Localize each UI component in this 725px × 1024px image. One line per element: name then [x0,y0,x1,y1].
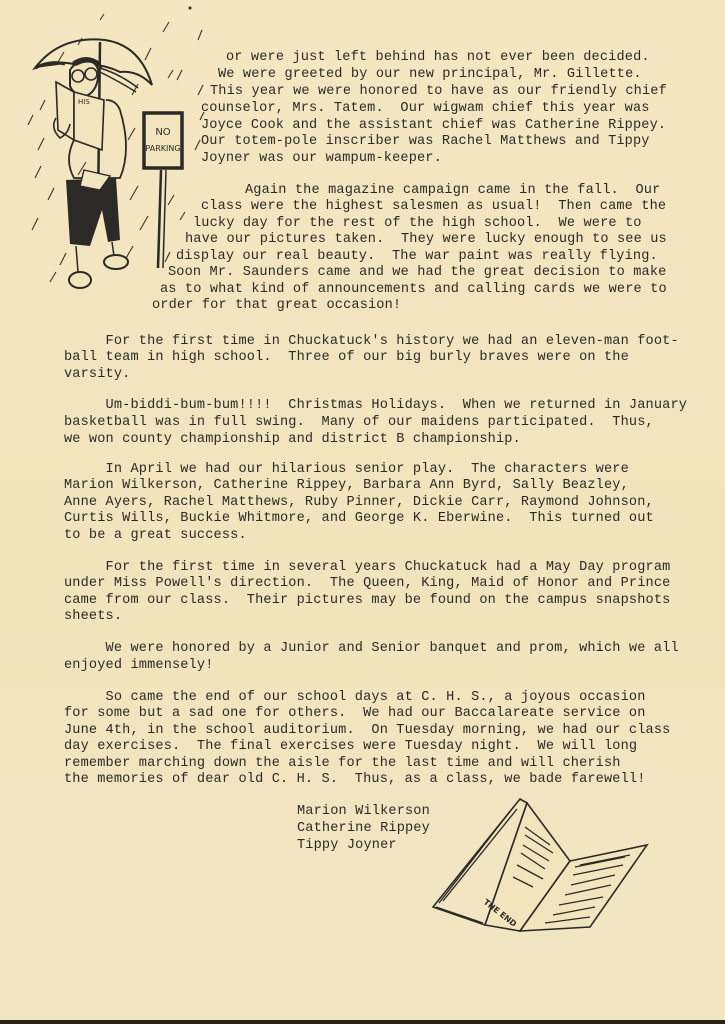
paragraph-line: enjoyed immensely! [64,658,214,675]
intro-line: counselor, Mrs. Tatem. Our wigwam chief … [201,101,650,118]
paragraph-line: In April we had our hilarious senior pla… [64,462,629,479]
magazine-line: class were the highest salesmen as usual… [201,199,666,216]
paragraph-line: remember marching down the aisle for the… [64,756,621,773]
signature-name: Tippy Joyner [297,838,397,855]
paragraph-line: Marion Wilkerson, Catherine Rippey, Barb… [64,478,629,495]
paragraph-line: So came the end of our school days at C.… [64,690,646,707]
book-cover-text: HIS [78,98,90,106]
magazine-line: Again the magazine campaign came in the … [245,183,660,200]
paragraph-line: we won county championship and district … [64,432,521,449]
magazine-line: lucky day for the rest of the high schoo… [193,216,642,233]
sign-text-no: NO [155,127,170,138]
paragraph-line: June 4th, in the school auditorium. On T… [64,723,670,740]
page-bottom-edge [0,1020,725,1024]
open-book-illustration: THE END [425,795,655,935]
paragraph-line: varsity. [64,367,130,384]
paragraph-line: under Miss Powell's direction. The Queen… [64,576,670,593]
document-page: HIS NO PARKING or were just left behind … [0,0,725,1020]
paragraph-line: For the first time in several years Chuc… [64,560,670,577]
paragraph-line: ball team in high school. Three of our b… [64,350,629,367]
paragraph-line: sheets. [64,609,122,626]
magazine-line: order for that great occasion! [152,298,401,315]
signature-name: Marion Wilkerson [297,804,430,821]
paragraph-line: came from our class. Their pictures may … [64,593,670,610]
paragraph-line: the memories of dear old C. H. S. Thus, … [64,772,646,789]
paragraph-line: Anne Ayers, Rachel Matthews, Ruby Pinner… [64,495,654,512]
magazine-line: have our pictures taken. They were lucky… [185,232,667,249]
paragraph-line: For the first time in Chuckatuck's histo… [64,334,679,351]
intro-line: This year we were honored to have as our… [210,84,667,101]
intro-line: Joyner was our wampum-keeper. [201,151,442,168]
magazine-line: Soon Mr. Saunders came and we had the gr… [168,265,666,282]
signature-name: Catherine Rippey [297,821,430,838]
paragraph-line: Curtis Wills, Buckie Whitmore, and Georg… [64,511,654,528]
paragraph-line: for some but a sad one for others. We ha… [64,706,646,723]
paragraph-line: We were honored by a Junior and Senior b… [64,641,679,658]
magazine-line: as to what kind of announcements and cal… [160,282,667,299]
paragraph-line: Um-biddi-bum-bum!!!! Christmas Holidays.… [64,398,687,415]
intro-line: We were greeted by our new principal, Mr… [218,67,642,84]
paragraph-line: day exercises. The final exercises were … [64,739,637,756]
intro-line: Joyce Cook and the assistant chief was C… [201,118,666,135]
intro-line: or were just left behind has not ever be… [226,50,650,67]
paragraph-line: to be a great success. [64,528,247,545]
paragraph-line: basketball was in full swing. Many of ou… [64,415,654,432]
intro-line: Our totem-pole inscriber was Rachel Matt… [201,134,650,151]
magazine-line: display our real beauty. The war paint w… [176,249,658,266]
sign-text-parking: PARKING [145,144,180,153]
